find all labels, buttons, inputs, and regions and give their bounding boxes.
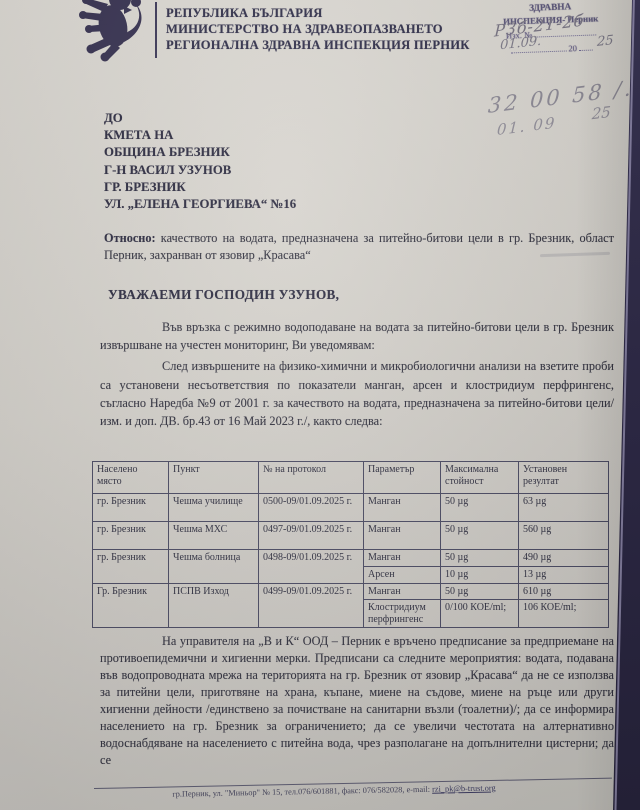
cell-place: гр. Брезник [93, 494, 169, 522]
cell-max: 50 µg [441, 522, 519, 550]
cell-parameter: Арсен [364, 567, 441, 584]
stamp-year-prefix: 20 [568, 43, 577, 53]
table-row: гр. Брезник Чешма МХС 0497-09/01.09.2025… [93, 522, 609, 550]
subject-line: Относно: качеството на водата, предназна… [104, 230, 614, 264]
cell-max: 50 µg [441, 583, 519, 600]
footer-email: rzi_pk@b-trust.org [432, 783, 496, 793]
cell-max: 10 µg [441, 567, 519, 584]
footer-contact-line: гр.Перник, ул. "Миньор" № 15, тел.076/60… [104, 782, 564, 800]
header-max-value: Максимална стойност [441, 462, 519, 494]
org-line-country: РЕПУБЛИКА БЪЛГАРИЯ [166, 5, 496, 21]
handwritten-stamp-year: 25 [597, 33, 614, 50]
recipient-line: Г-Н ВАСИЛ УЗУНОВ [104, 162, 296, 179]
letter-page: РЕПУБЛИКА БЪЛГАРИЯ МИНИСТЕРСТВО НА ЗДРАВ… [0, 0, 640, 810]
header-result: Установен резултат [519, 462, 609, 494]
table-row: Гр. Брезник ПСПВ Изход 0499-09/01.09.202… [93, 583, 609, 600]
cell-result: 610 µg [519, 583, 609, 600]
handwritten-note-line2: 01. 09 [497, 114, 557, 140]
cell-point: ПСПВ Изход [169, 583, 259, 628]
cell-result: 560 µg [519, 522, 609, 550]
salutation: УВАЖАЕМИ ГОСПОДИН УЗУНОВ, [108, 287, 339, 303]
cell-result: 13 µg [519, 567, 609, 584]
letter-body: Във връзка с режимно водоподаване на вод… [100, 318, 614, 430]
cell-protocol: 0497-09/01.09.2025 г. [259, 522, 364, 550]
cell-parameter: Манган [364, 583, 441, 600]
cell-parameter: Клостридиум перфрингенс [364, 600, 441, 628]
table-row: гр. Брезник Чешма болница 0498-09/01.09.… [93, 550, 609, 567]
recipient-line: УЛ. „ЕЛЕНА ГЕОРГИЕВА“ №16 [104, 196, 296, 213]
cell-place: Гр. Брезник [93, 583, 169, 628]
cell-result: 106 КОЕ/ml; [519, 600, 609, 628]
cell-place: гр. Брезник [93, 522, 169, 550]
handwritten-note-line3: 25 [591, 103, 611, 124]
cell-point: Чешма МХС [169, 522, 259, 550]
cell-protocol: 0499-09/01.09.2025 г. [259, 583, 364, 628]
letter-body-continued: На управителя на „В и К“ ООД – Перник е … [100, 633, 614, 769]
cell-result: 63 µg [519, 494, 609, 522]
cell-parameter: Манган [364, 550, 441, 567]
cell-parameter: Манган [364, 522, 441, 550]
cell-max: 0/100 КОЕ/ml; [441, 600, 519, 628]
bulgarian-lion-emblem-icon [74, 0, 154, 64]
recipient-line: ДО [104, 110, 296, 127]
paragraph-2: След извършените на физико-химични и мик… [100, 357, 614, 430]
org-line-inspection: РЕГИОНАЛНА ЗДРАВНА ИНСПЕКЦИЯ ПЕРНИК [166, 37, 496, 53]
recipient-line: ГР. БРЕЗНИК [104, 179, 296, 196]
header-parameter: Параметър [364, 462, 441, 494]
header-point: Пункт [169, 462, 259, 494]
results-table: Населено място Пункт № на протокол Парам… [92, 461, 609, 628]
stamp-year-dots [579, 41, 593, 50]
table-row: гр. Брезник Чешма училище 0500-09/01.09.… [93, 494, 609, 522]
cell-max: 50 µg [441, 494, 519, 522]
cell-place: гр. Брезник [93, 550, 169, 584]
header-place: Населено място [93, 462, 169, 494]
letterhead-org-name: РЕПУБЛИКА БЪЛГАРИЯ МИНИСТЕРСТВО НА ЗДРАВ… [166, 5, 496, 53]
cell-protocol: 0498-09/01.09.2025 г. [259, 550, 364, 584]
cell-max: 50 µg [441, 550, 519, 567]
handwritten-note: 32 00 58 /. 01. 09 25 [465, 76, 640, 160]
header-protocol: № на протокол [259, 462, 364, 494]
recipient-block: ДО КМЕТА НА ОБЩИНА БРЕЗНИК Г-Н ВАСИЛ УЗУ… [104, 110, 296, 213]
recipient-line: КМЕТА НА [104, 127, 296, 144]
handwritten-note-line1: 32 00 58 /. [487, 76, 634, 118]
paragraph-1: Във връзка с режимно водоподаване на вод… [100, 318, 614, 354]
water-quality-results: Населено място Пункт № на протокол Парам… [92, 461, 609, 628]
cell-result: 490 µg [519, 550, 609, 567]
table-header-row: Населено място Пункт № на протокол Парам… [93, 462, 609, 494]
subject-label: Относно: [104, 231, 156, 245]
cell-point: Чешма училище [169, 494, 259, 522]
paragraph-3: На управителя на „В и К“ ООД – Перник е … [100, 633, 614, 769]
cell-protocol: 0500-09/01.09.2025 г. [259, 494, 364, 522]
org-line-ministry: МИНИСТЕРСТВО НА ЗДРАВЕОПАЗВАНЕТО [166, 21, 496, 37]
recipient-line: ОБЩИНА БРЕЗНИК [104, 144, 296, 161]
cell-parameter: Манган [364, 494, 441, 522]
letterhead-divider [155, 2, 157, 58]
cell-point: Чешма болница [169, 550, 259, 584]
photographed-letter: РЕПУБЛИКА БЪЛГАРИЯ МИНИСТЕРСТВО НА ЗДРАВ… [0, 0, 640, 810]
footer-address: гр.Перник, ул. "Миньор" № 15, тел.076/60… [172, 785, 432, 799]
subject-text: качеството на водата, предназначена за п… [104, 231, 614, 262]
